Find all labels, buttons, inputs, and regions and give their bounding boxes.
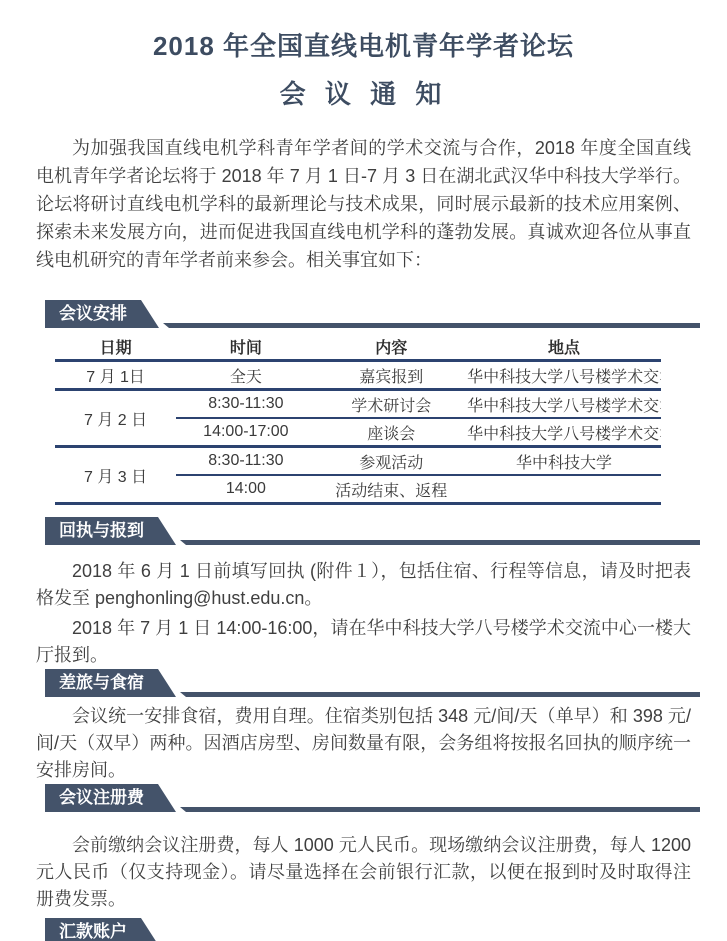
cell-location: 华中科技大学八号楼学术交流中心 [467, 418, 661, 447]
column-header-content: 内容 [316, 333, 468, 361]
table-header-row: 日期 时间 内容 地点 [55, 333, 661, 361]
cell-content: 嘉宾报到 [316, 361, 468, 390]
section-banner-travel: 差旅与食宿 [45, 669, 700, 697]
section-rule [163, 323, 700, 328]
column-header-time: 时间 [176, 333, 315, 361]
document-subtitle: 会 议 通 知 [0, 78, 727, 110]
reply-paragraph-2: 2018 年 7 月 1 日 14:00-16:00，请在华中科技大学八号楼学术… [36, 615, 691, 669]
section-rule [180, 692, 700, 697]
reply-paragraph-1: 2018 年 6 月 1 日前填写回执 (附件１），包括住宿、行程等信息，请及时… [36, 558, 691, 612]
cell-date: 7 月 2 日 [55, 390, 176, 447]
cell-location: 华中科技大学八号楼学术交流中心 [467, 361, 661, 390]
table-row: 7 月 2 日 8:30-11:30 学术研讨会 华中科技大学八号楼学术交流中心 [55, 390, 661, 419]
section-heading-reply: 回执与报到 [45, 517, 176, 545]
schedule-table: 日期 时间 内容 地点 7 月 1日 全天 嘉宾报到 华中科技大学八号楼学术交流… [55, 333, 661, 505]
section-banner-reply: 回执与报到 [45, 517, 700, 545]
cell-time: 8:30-11:30 [176, 390, 315, 419]
section-banner-account: 汇款账户 [45, 918, 700, 941]
cell-content: 座谈会 [316, 418, 468, 447]
section-heading-travel: 差旅与食宿 [45, 669, 176, 697]
document-title: 2018 年全国直线电机青年学者论坛 [0, 30, 727, 62]
cell-time: 14:00-17:00 [176, 418, 315, 447]
section-heading-fee: 会议注册费 [45, 784, 176, 812]
section-banner-fee: 会议注册费 [45, 784, 700, 812]
cell-date: 7 月 3 日 [55, 447, 176, 504]
cell-time: 全天 [176, 361, 315, 390]
section-rule [180, 540, 700, 545]
cell-date: 7 月 1日 [55, 361, 176, 390]
cell-content: 参观活动 [316, 447, 468, 476]
section-banner-schedule: 会议安排 [45, 300, 700, 328]
section-heading-account: 汇款账户 [45, 918, 159, 941]
cell-time: 8:30-11:30 [176, 447, 315, 476]
cell-time: 14:00 [176, 475, 315, 504]
cell-location: 华中科技大学八号楼学术交流中心 [467, 390, 661, 419]
cell-location [467, 475, 661, 504]
conference-notice-document: 2018 年全国直线电机青年学者论坛 会 议 通 知 为加强我国直线电机学科青年… [0, 0, 727, 941]
cell-content: 活动结束、返程 [316, 475, 468, 504]
section-rule [180, 807, 700, 812]
column-header-location: 地点 [467, 333, 661, 361]
intro-paragraph: 为加强我国直线电机学科青年学者间的学术交流与合作，2018 年度全国直线电机青年… [36, 134, 691, 274]
column-header-date: 日期 [55, 333, 176, 361]
travel-paragraph: 会议统一安排食宿，费用自理。住宿类别包括 348 元/间/天（单早）和 398 … [36, 703, 691, 784]
cell-content: 学术研讨会 [316, 390, 468, 419]
cell-location: 华中科技大学 [467, 447, 661, 476]
section-heading-schedule: 会议安排 [45, 300, 159, 328]
fee-paragraph: 会前缴纳会议注册费，每人 1000 元人民币。现场缴纳会议注册费，每人 1200… [36, 832, 691, 913]
table-row: 7 月 1日 全天 嘉宾报到 华中科技大学八号楼学术交流中心 [55, 361, 661, 390]
table-row: 7 月 3 日 8:30-11:30 参观活动 华中科技大学 [55, 447, 661, 476]
